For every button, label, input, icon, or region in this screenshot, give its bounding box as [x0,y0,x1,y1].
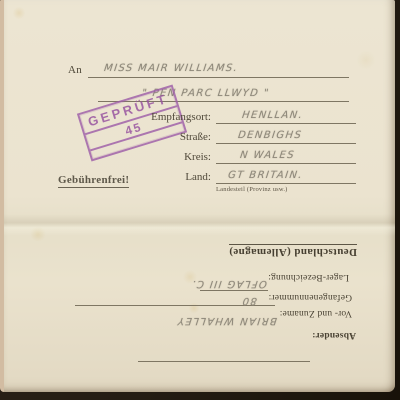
handwriting-land: GT BRITAIN. [227,170,303,181]
handwriting-prisoner-number: 80 [241,295,258,306]
field-label-kreis: Kreis: [101,151,211,163]
censor-stamp: GEPRÜFT 45 [77,84,187,161]
handwriting-sender-name: BRIAN WHALLEY [176,315,278,326]
scanned-letter-photo: An MISS MAIR WILLIAMS. " PEN PARC LLWYD … [0,0,400,400]
writing-line [216,143,356,144]
sender-section: Absender: Vor- und Zuname: BRIAN WHALLEY… [4,232,395,392]
writing-line [200,290,268,291]
an-label: An [68,64,82,76]
writing-line [88,77,349,78]
field-label-empfangsort: Empfangsort: [101,111,211,123]
country-line: Deutschland (Allemagne) [229,244,357,258]
prisoner-number-label: Gefangenennummer: [268,292,352,302]
handwriting-empfangsort: HENLLAN. [241,110,304,121]
land-footnote: Landesteil (Provinz usw.) [216,186,288,193]
handwriting-recipient-name: MISS MAIR WILLIAMS. [103,63,239,74]
absender-label: Absender: [312,330,356,340]
writing-line [216,123,356,124]
writing-line [216,183,356,184]
field-label-strasse: Straße: [101,131,211,143]
letter-sheet: An MISS MAIR WILLIAMS. " PEN PARC LLWYD … [0,0,395,392]
handwriting-kreis: N WALES [239,150,295,161]
free-postage-label: Gebührenfrei! [58,174,129,188]
handwriting-camp: OFLAG III C. [190,278,267,289]
camp-label: Lager-Bezeichnung: [268,272,349,282]
writing-line [138,361,310,362]
handwriting-strasse: DENBIGHS [237,130,302,141]
writing-line [216,163,356,164]
name-label: Vor- und Zuname: [280,308,353,318]
